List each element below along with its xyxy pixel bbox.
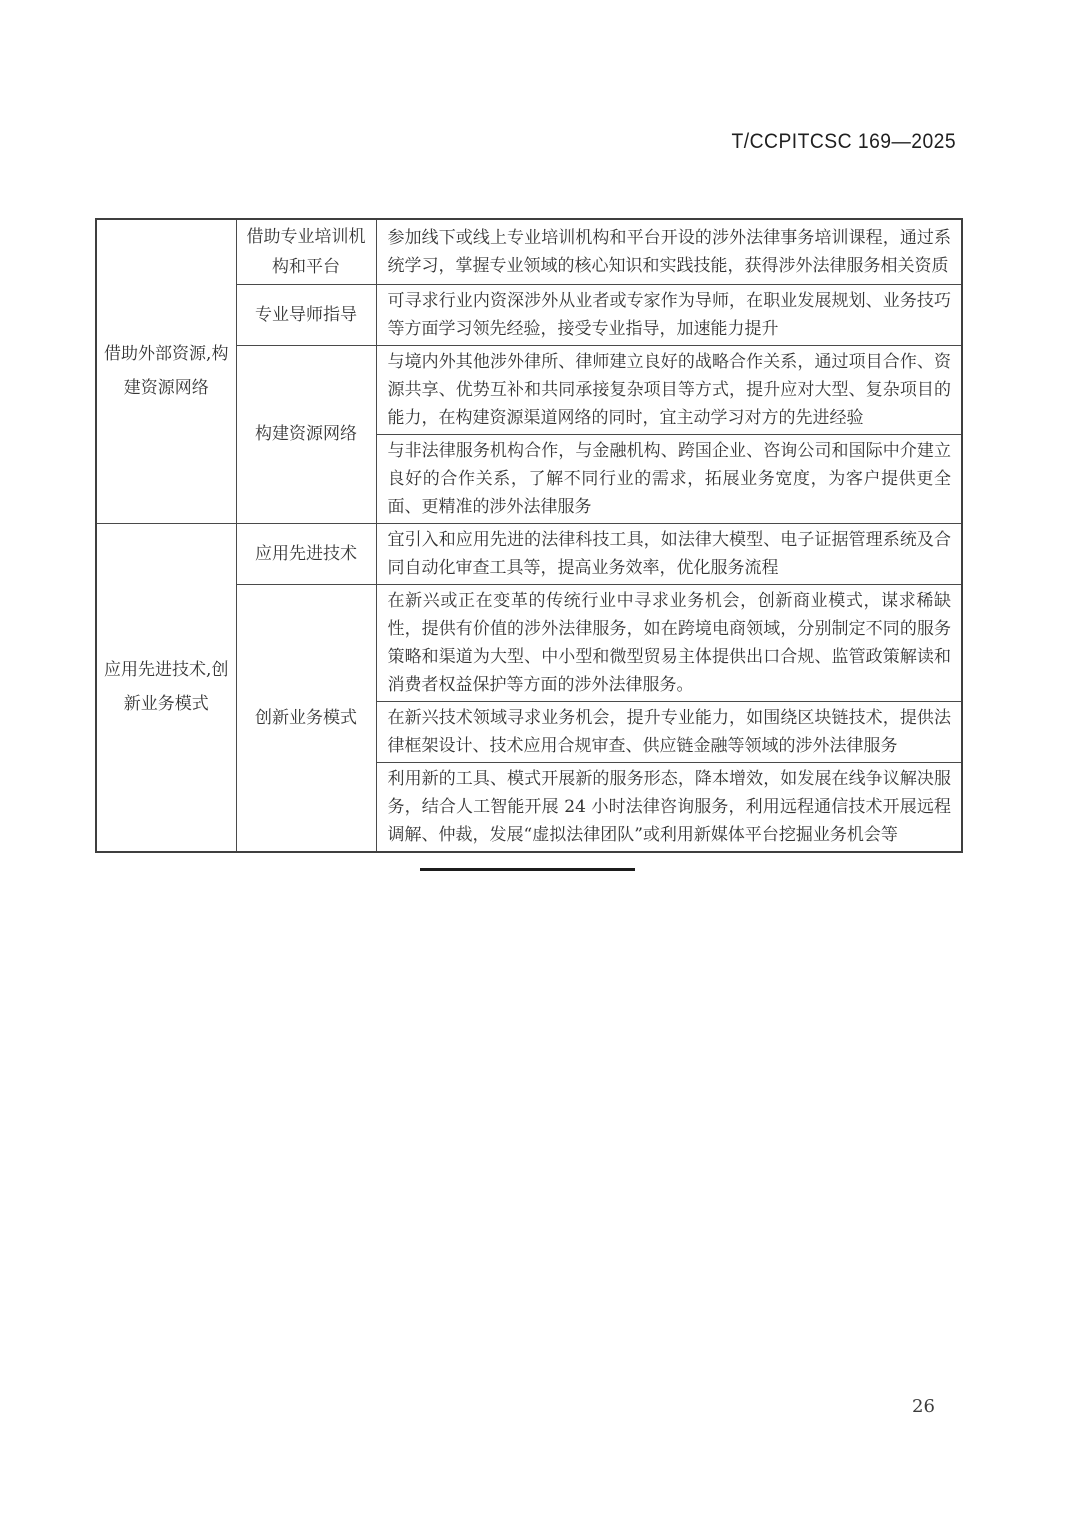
detail-cell: 宜引入和应用先进的法律科技工具，如法律大模型、电子证据管理系统及合同自动化审查工… (376, 523, 962, 584)
detail-cell: 利用新的工具、模式开展新的服务形态，降本增效，如发展在线争议解决服务，结合人工智… (376, 762, 962, 852)
document-end-line (420, 868, 635, 871)
group-cell: 借助专业培训机构和平台 (236, 219, 376, 284)
table-row: 应用先进技术,创新业务模式 应用先进技术 宜引入和应用先进的法律科技工具，如法律… (96, 523, 962, 584)
group-cell: 构建资源网络 (236, 345, 376, 523)
detail-cell: 在新兴或正在变革的传统行业中寻求业务机会，创新商业模式，谋求稀缺性，提供有价值的… (376, 584, 962, 701)
document-page: T/CCPITCSC 169—2025 借助外部资源,构建资源网络 借助专业培训… (0, 0, 1080, 1527)
category-cell: 借助外部资源,构建资源网络 (96, 219, 236, 523)
group-cell: 专业导师指导 (236, 284, 376, 345)
detail-cell: 与非法律服务机构合作，与金融机构、跨国企业、咨询公司和国际中介建立良好的合作关系… (376, 434, 962, 523)
group-cell: 应用先进技术 (236, 523, 376, 584)
standard-code-header: T/CCPITCSC 169—2025 (731, 130, 956, 154)
table-row: 借助外部资源,构建资源网络 借助专业培训机构和平台 参加线下或线上专业培训机构和… (96, 219, 962, 284)
capability-table: 借助外部资源,构建资源网络 借助专业培训机构和平台 参加线下或线上专业培训机构和… (95, 218, 963, 853)
detail-cell: 与境内外其他涉外律所、律师建立良好的战略合作关系，通过项目合作、资源共享、优势互… (376, 345, 962, 434)
detail-cell: 在新兴技术领域寻求业务机会，提升专业能力，如围绕区块链技术，提供法律框架设计、技… (376, 701, 962, 762)
category-cell: 应用先进技术,创新业务模式 (96, 523, 236, 852)
page-number: 26 (912, 1396, 935, 1417)
group-cell: 创新业务模式 (236, 584, 376, 852)
detail-cell: 参加线下或线上专业培训机构和平台开设的涉外法律事务培训课程，通过系统学习，掌握专… (376, 219, 962, 284)
detail-cell: 可寻求行业内资深涉外从业者或专家作为导师，在职业发展规划、业务技巧等方面学习领先… (376, 284, 962, 345)
